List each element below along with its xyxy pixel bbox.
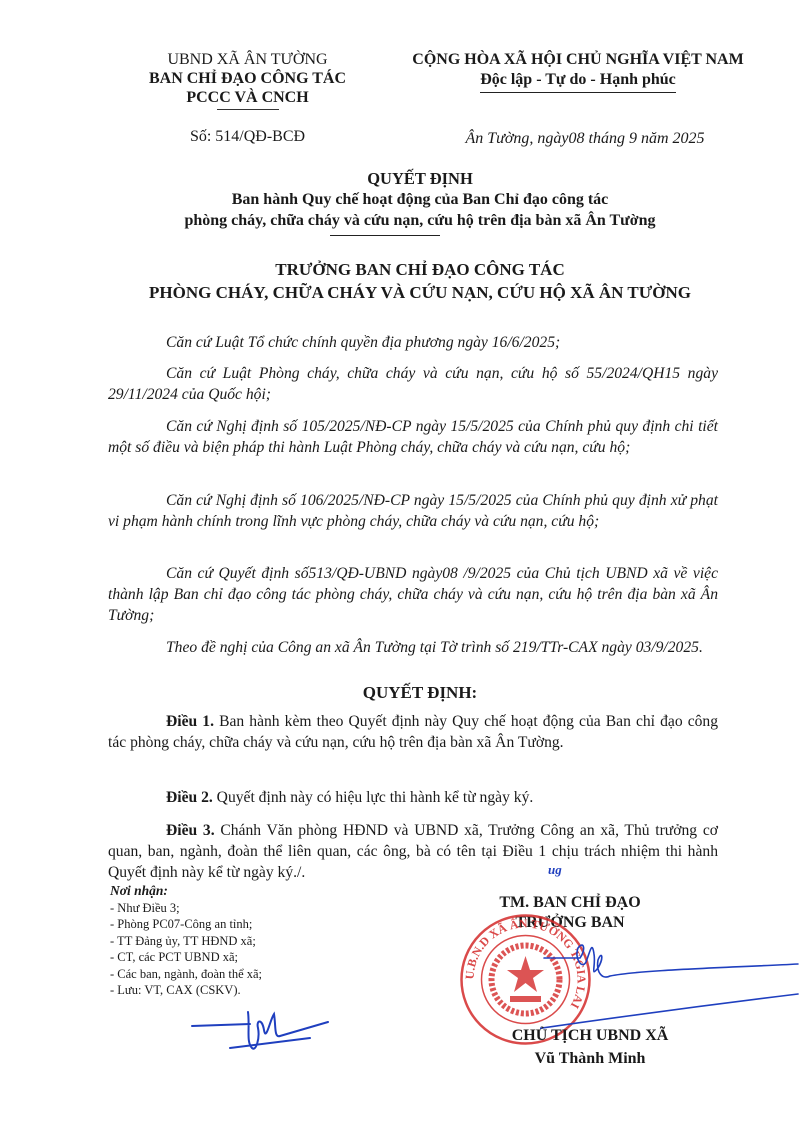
org-line-1: UBND XÃ ÂN TƯỜNG	[105, 50, 390, 69]
recipient-item: - Như Điều 3;	[110, 900, 340, 917]
preamble-item: Theo đề nghị của Công an xã Ân Tường tại…	[108, 637, 718, 658]
document-number: Số: 514/QĐ-BCĐ	[105, 128, 390, 146]
national-header: CỘNG HÒA XÃ HỘI CHỦ NGHĨA VIỆT NAM Độc l…	[368, 50, 788, 93]
nation-title: CỘNG HÒA XÃ HỘI CHỦ NGHĨA VIỆT NAM	[368, 50, 788, 70]
signer-title: CHỦ TỊCH UBND XÃ	[440, 1027, 740, 1045]
subject-line-2: phòng cháy, chữa cháy và cứu nạn, cứu hộ…	[100, 210, 740, 231]
document-type: QUYẾT ĐỊNH	[100, 168, 740, 189]
authority-line-1: TRƯỞNG BAN CHỈ ĐẠO CÔNG TÁC	[100, 258, 740, 281]
recipients-list: Nơi nhận: - Như Điều 3; - Phòng PC07-Côn…	[110, 883, 340, 999]
preamble-item: Căn cứ Quyết định số513/QĐ-UBND ngày08 /…	[108, 563, 718, 626]
on-behalf-of: TM. BAN CHỈ ĐẠO	[440, 893, 700, 913]
header-left-rule	[217, 109, 279, 110]
place-and-date: Ân Tường, ngày08 tháng 9 năm 2025	[395, 130, 775, 148]
signer-name: Vũ Thành Minh	[440, 1050, 740, 1068]
recipients-heading: Nơi nhận:	[110, 883, 340, 900]
preamble-item: Căn cứ Nghị định số 105/2025/NĐ-CP ngày …	[108, 416, 718, 458]
article-1: Điều 1. Ban hành kèm theo Quyết định này…	[108, 711, 718, 753]
recipient-item: - CT, các PCT UBND xã;	[110, 949, 340, 966]
signing-authority-title: TRƯỞNG BAN CHỈ ĐẠO CÔNG TÁC PHÒNG CHÁY, …	[100, 258, 740, 304]
org-line-3: PCCC VÀ CNCH	[105, 88, 390, 107]
article-label: Điều 2.	[166, 789, 213, 806]
article-text: Quyết định này có hiệu lực thi hành kể t…	[213, 789, 533, 806]
preamble-item: Căn cứ Luật Phòng cháy, chữa cháy và cứu…	[108, 363, 718, 405]
recipient-item: - Các ban, ngành, đoàn thể xã;	[110, 966, 340, 983]
recipient-item: - Phòng PC07-Công an tỉnh;	[110, 916, 340, 933]
document-title: QUYẾT ĐỊNH Ban hành Quy chế hoạt động củ…	[100, 168, 740, 231]
recipient-item: - TT Đảng ủy, TT HĐND xã;	[110, 933, 340, 950]
national-motto: Độc lập - Tự do - Hạnh phúc	[480, 70, 676, 93]
article-2: Điều 2. Quyết định này có hiệu lực thi h…	[108, 787, 718, 808]
handwritten-initials: ug	[548, 862, 572, 880]
initials-signature-icon	[190, 1008, 330, 1058]
recipient-item: - Lưu: VT, CAX (CSKV).	[110, 982, 340, 999]
title-underline	[330, 235, 440, 236]
article-label: Điều 1.	[166, 713, 214, 730]
decision-heading: QUYẾT ĐỊNH:	[100, 683, 740, 703]
subject-line-1: Ban hành Quy chế hoạt động của Ban Chỉ đ…	[100, 189, 740, 210]
authority-line-2: PHÒNG CHÁY, CHỮA CHÁY VÀ CỨU NẠN, CỨU HỘ…	[100, 281, 740, 304]
issuing-authority: UBND XÃ ÂN TƯỜNG BAN CHỈ ĐẠO CÔNG TÁC PC…	[105, 50, 390, 110]
org-line-2: BAN CHỈ ĐẠO CÔNG TÁC	[105, 69, 390, 88]
preamble-item: Căn cứ Luật Tổ chức chính quyền địa phươ…	[108, 332, 718, 353]
preamble-item: Căn cứ Nghị định số 106/2025/NĐ-CP ngày …	[108, 490, 718, 532]
article-3: Điều 3. Chánh Văn phòng HĐND và UBND xã,…	[108, 820, 718, 883]
article-label: Điều 3.	[166, 822, 215, 839]
